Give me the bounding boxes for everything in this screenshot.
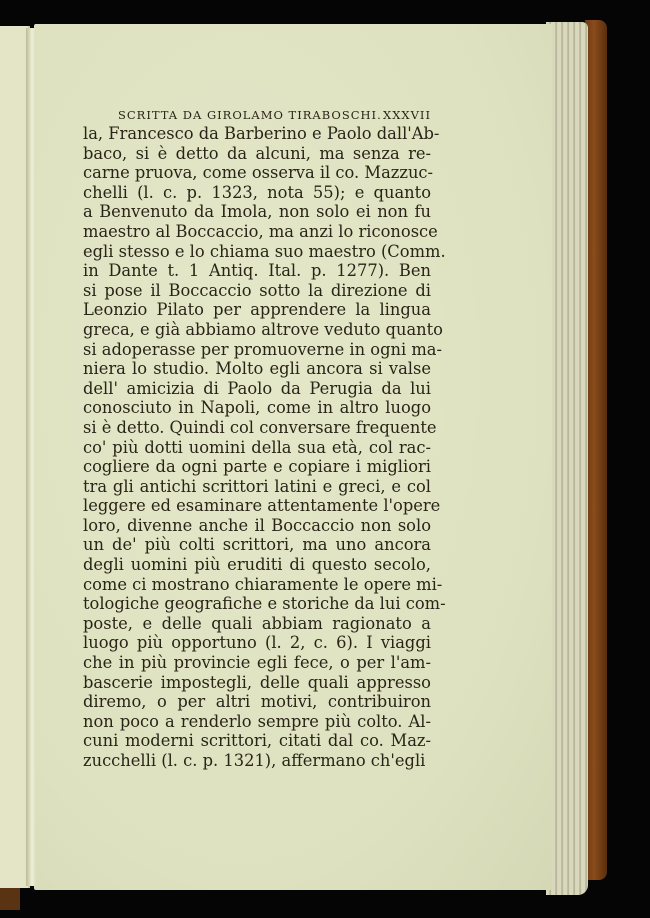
text-line: tologiche geografiche e storiche da lui …: [83, 594, 431, 614]
text-line: in Dante t. 1 Antiq. Ital. p. 1277). Ben: [83, 261, 431, 281]
text-line: egli stesso e lo chiama suo maestro (Com…: [83, 242, 431, 262]
running-head: SCRITTA DA GIROLAMO TIRABOSCHI. XXXVII: [83, 107, 431, 124]
text-line: che in più provincie egli fece, o per l'…: [83, 653, 431, 673]
text-line: a Benvenuto da Imola, non solo ei non fu: [83, 202, 431, 222]
text-line: la, Francesco da Barberino e Paolo dall'…: [83, 124, 431, 144]
text-line: come ci mostrano chiaramente le opere mi…: [83, 575, 431, 595]
text-line: chelli (l. c. p. 1323, nota 55); e quant…: [83, 183, 431, 203]
text-line: luogo più opportuno (l. 2, c. 6). I viag…: [83, 633, 431, 653]
page-text-block: SCRITTA DA GIROLAMO TIRABOSCHI. XXXVII l…: [83, 107, 431, 771]
text-line: cuni moderni scrittori, citati dal co. M…: [83, 731, 431, 751]
text-line: si è detto. Quindi col conversare freque…: [83, 418, 431, 438]
text-line: diremo, o per altri motivi, contribuiron: [83, 692, 431, 712]
text-line: baco, si è detto da alcuni, ma senza re-: [83, 144, 431, 164]
text-line: tra gli antichi scrittori latini e greci…: [83, 477, 431, 497]
text-line: co' più dotti uomini della sua età, col …: [83, 438, 431, 458]
text-line: un de' più colti scrittori, ma uno ancor…: [83, 535, 431, 555]
text-line: Leonzio Pilato per apprendere la lingua: [83, 300, 431, 320]
text-line: conosciuto in Napoli, come in altro luog…: [83, 398, 431, 418]
text-line: si adoperasse per promuoverne in ogni ma…: [83, 340, 431, 360]
page-number: XXXVII: [383, 107, 431, 124]
text-line: non poco a renderlo sempre più colto. Al…: [83, 712, 431, 732]
text-line: degli uomini più eruditi di questo secol…: [83, 555, 431, 575]
text-line: greca, e già abbiamo altrove veduto quan…: [83, 320, 431, 340]
text-line: si pose il Boccaccio sotto la direzione …: [83, 281, 431, 301]
text-line: zucchelli (l. c. p. 1321), affermano ch'…: [83, 751, 431, 771]
text-line: carne pruova, come osserva il co. Mazzuc…: [83, 163, 431, 183]
text-line: poste, e delle quali abbiam ragionato a: [83, 614, 431, 634]
text-line: dell' amicizia di Paolo da Perugia da lu…: [83, 379, 431, 399]
text-line: cogliere da ogni parte e copiare i migli…: [83, 457, 431, 477]
book-cover-edge: [585, 20, 607, 880]
running-head-title: SCRITTA DA GIROLAMO TIRABOSCHI.: [118, 107, 382, 124]
text-line: leggere ed esaminare attentamente l'oper…: [83, 496, 431, 516]
page-stack-edges: [546, 22, 588, 895]
gutter-fold: [26, 28, 36, 886]
text-line: bascerie impostegli, delle quali appress…: [83, 673, 431, 693]
text-line: maestro al Boccaccio, ma anzi lo riconos…: [83, 222, 431, 242]
text-line: loro, divenne anche il Boccaccio non sol…: [83, 516, 431, 536]
text-line: niera lo studio. Molto egli ancora si va…: [83, 359, 431, 379]
